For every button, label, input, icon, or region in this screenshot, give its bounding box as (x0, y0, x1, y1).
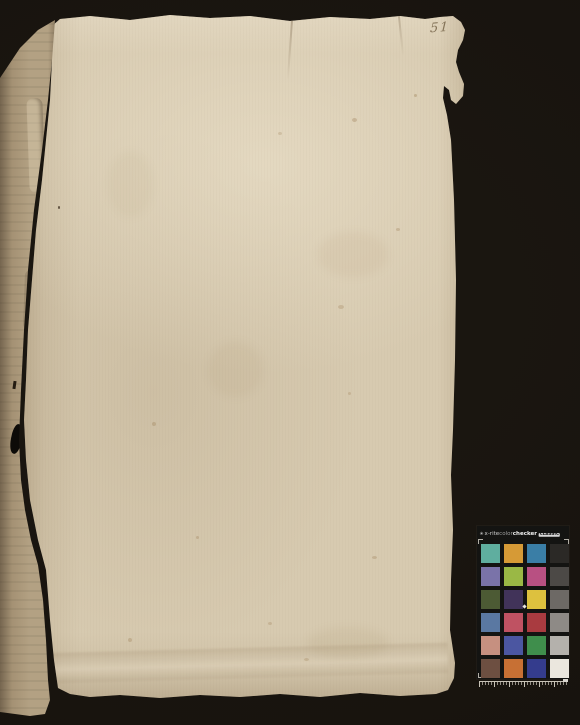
colorchecker-wordmark: colorcheckerCLASSIC (499, 531, 560, 537)
color-patch-cyan (527, 544, 546, 563)
color-patch-blue (527, 659, 546, 678)
color-patch-light-skin (481, 636, 500, 655)
color-patch-foliage (481, 590, 500, 609)
foxing-spot (414, 94, 417, 97)
foxing-spot (268, 622, 272, 625)
color-patch-purplish-blue (504, 636, 523, 655)
color-patch-neutral-3-5 (550, 567, 569, 586)
spine-dark-mark (8, 423, 25, 455)
color-patch-magenta (527, 567, 546, 586)
folio-number: 51 (430, 19, 463, 37)
foxing-spot (372, 556, 377, 559)
xrite-star-icon: ✳ (480, 532, 484, 537)
foxing-spot (396, 228, 400, 231)
foxing-spot (152, 422, 156, 426)
colorchecker-grid (481, 544, 569, 678)
foxing-spot (128, 638, 132, 642)
foxing-spot (278, 132, 282, 135)
paper-stain (108, 152, 153, 217)
photographed-book-scan: 51 ✳x-rite colorcheckerCLASSIC (0, 0, 580, 725)
color-patch-yellow-green (504, 567, 523, 586)
color-patch-neutral-6-5 (550, 613, 569, 632)
color-patch-neutral-8 (550, 636, 569, 655)
color-patch-bluish-green (481, 544, 500, 563)
colorchecker-card: ✳x-rite colorcheckerCLASSIC (477, 526, 569, 679)
paper-stain (318, 232, 388, 277)
book-page: 51 (18, 12, 468, 704)
color-patch-yellow (527, 590, 546, 609)
ink-speck (58, 206, 60, 209)
color-patch-purple (504, 590, 523, 609)
color-patch-white (550, 659, 569, 678)
paper-stain (208, 342, 263, 397)
color-patch-green (527, 636, 546, 655)
ruler-label-chip (563, 679, 568, 682)
foxing-spot (348, 392, 351, 395)
paper-crease-top-right (398, 16, 404, 56)
foxing-spot (352, 118, 357, 122)
color-patch-neutral-5 (550, 590, 569, 609)
color-patch-red (527, 613, 546, 632)
color-patch-black (550, 544, 569, 563)
paper-crease-bottom (48, 643, 449, 683)
color-patch-orange-yellow (504, 544, 523, 563)
color-patch-blue-flower (481, 567, 500, 586)
paper-crease-top-center (287, 18, 293, 80)
color-patch-dark-skin (481, 659, 500, 678)
color-patch-blue-sky (481, 613, 500, 632)
spine-dark-tick (12, 381, 16, 389)
xrite-logo: ✳x-rite (480, 531, 499, 537)
foxing-spot (338, 305, 344, 309)
foxing-spot (196, 536, 199, 539)
classic-badge: CLASSIC (539, 533, 560, 537)
colorchecker-header: ✳x-rite colorcheckerCLASSIC (477, 528, 562, 539)
xrite-wordmark: x-rite (485, 531, 500, 537)
scale-ruler (479, 681, 568, 688)
color-patch-orange (504, 659, 523, 678)
color-patch-moderate-red (504, 613, 523, 632)
